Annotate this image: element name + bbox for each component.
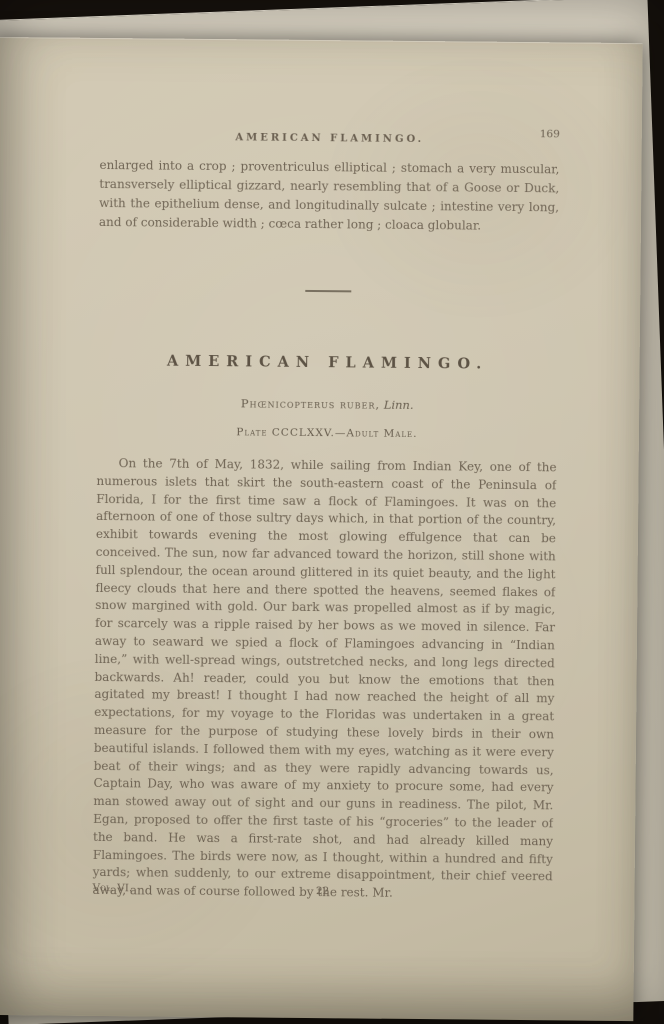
species-name: Phœnicopterus ruber, [241,396,380,411]
species-line: Phœnicopterus ruber, Linn. [97,395,557,413]
running-title: AMERICAN FLAMINGO. [235,132,424,145]
running-header: AMERICAN FLAMINGO. 169 [100,124,560,144]
section-rule [305,290,351,292]
species-authority: Linn. [384,398,414,412]
article-title: AMERICAN FLAMINGO. [98,352,558,373]
page-text-block: AMERICAN FLAMINGO. 169 enlarged into a c… [92,124,560,947]
body-paragraph: On the 7th of May, 1832, while sailing f… [92,455,557,947]
page-number: 169 [540,128,560,140]
book-page: AMERICAN FLAMINGO. 169 enlarged into a c… [0,37,643,1021]
continuation-paragraph: enlarged into a crop ; proventriculus el… [99,156,560,236]
scanned-book-photo: AMERICAN FLAMINGO. 169 enlarged into a c… [0,0,664,1024]
plate-line: Plate CCCLXXV.—Adult Male. [97,425,557,441]
